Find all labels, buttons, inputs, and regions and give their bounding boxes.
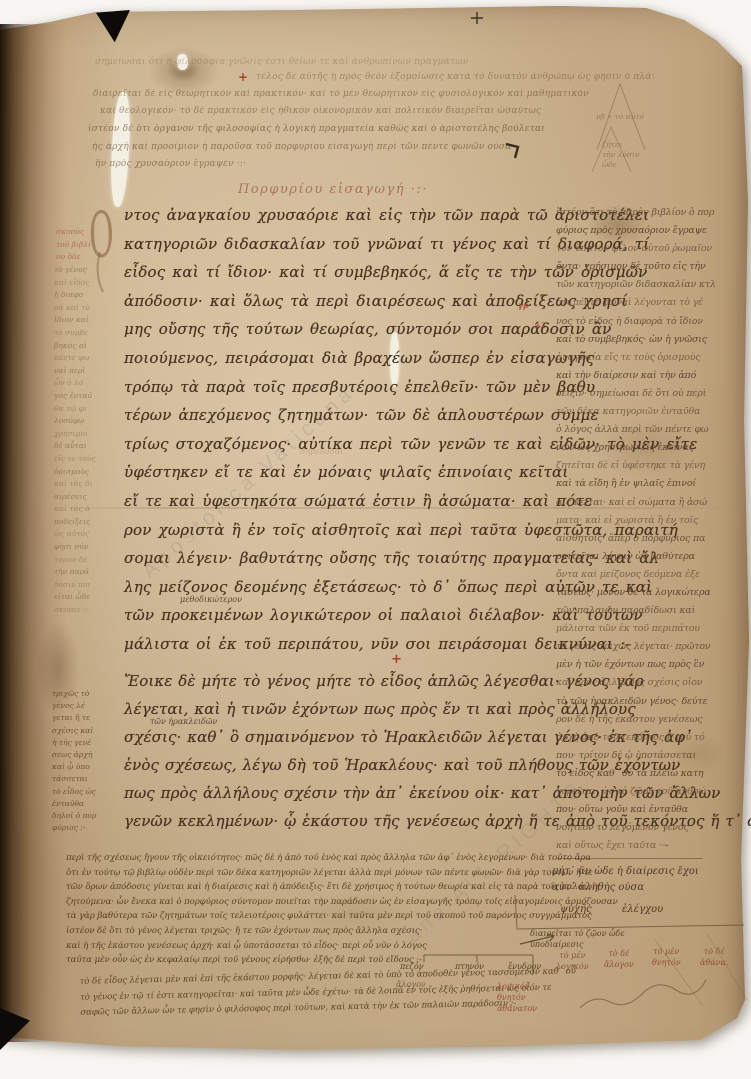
division-tree-extra-word: ἄλογον — [396, 980, 426, 989]
top-scholium-line: ἣν πρὸς χρυσαόριον ἔγραψεν ·:· — [95, 159, 337, 169]
note-line: ὧδε — [602, 160, 640, 170]
margin-gloss-line: χρήσιμοι — [54, 428, 112, 441]
scholium-line: μάλιστα τῶν ἐκ τοῦ περιπάτου — [556, 623, 744, 641]
main-text-line: γενῶν κεκλημένων· ᾧ ἑκάστου τῆς γενέσεως… — [124, 812, 584, 840]
margin-gloss-line: δὲ αὗται — [54, 440, 112, 453]
margin-gloss-line: φησι σύν — [54, 541, 112, 554]
scholium-line: ὄντα καὶ μείζονος δεόμενα ἐξε — [556, 569, 744, 587]
scholium-line: ἀρχὴ ἀπὸ τοῦ τεκόντος ἢ τοῦ τό — [556, 732, 744, 750]
scholium-line: που· τρίτον δὲ ᾧ ὑποτάσσεται — [556, 750, 744, 768]
scholium-line: ὅτι πέντε φωναὶ λέγονται τὸ γέ — [556, 297, 744, 315]
bottom-scholium-line: ἰστέον δὲ ὅτι τὸ γένος λέγεται τριχῶς· ἥ… — [66, 924, 516, 939]
margin-note-line: τάσσεται — [52, 773, 114, 785]
margin-gloss-line: τομον δὲ — [54, 554, 112, 567]
margin-note-line: γεται ἥ τε — [52, 712, 114, 724]
scholium-line: ὄντα· χρήσιμον δὲ τοῦτο εἰς τὴν — [556, 261, 744, 279]
margin-gloss-line: αιρέσεις — [54, 491, 112, 504]
rubric-cross-icon: + — [391, 652, 402, 667]
scholium-line: καὶ τὴν διαίρεσιν καὶ τὴν ἀπό — [556, 370, 744, 388]
margin-note-line: ἐνταῦθα — [52, 798, 114, 810]
chapter-heading: Πορφυρίου εἰσαγωγή ·:· — [238, 182, 418, 197]
main-text-line: τρίως στοχαζόμενος· αὐτίκα περὶ τῶν γενῶ… — [124, 435, 576, 464]
interlinear-gloss: τῶν ἡρακλειδῶν — [150, 717, 217, 726]
division-tree-label: πτηνόν — [455, 962, 484, 971]
scholium-line: αἰσθητοῖς· ἅπερ ὁ πορφύριος πα — [556, 533, 744, 551]
margin-gloss-line: ὧν ὁ λό — [54, 377, 112, 390]
margin-gloss-line: λοσόφῳ — [54, 415, 112, 428]
scholium-line: καὶ τὰ εἴδη ἢ ἐν ψιλαῖς ἐπινοί — [556, 478, 744, 496]
main-text-line: σομαι λέγειν· βαθυτάτης οὔσης τῆς τοιαύτ… — [124, 549, 576, 578]
bottom-scholium-line: ζητούμενα· ὧν ἕνεκα καὶ ὁ πορφύριος σύντ… — [66, 895, 744, 910]
term-pair: τὸ μέν λογικόν — [556, 950, 589, 972]
margin-gloss-line: σκοπὸς — [56, 226, 112, 239]
margin-gloss-line: ὁρισμοὺς — [54, 466, 112, 479]
scholium-line: τῶν παλαιῶν παραδίδωσι καὶ — [556, 605, 744, 623]
main-text-line: πως πρὸς ἀλλήλους σχέσιν τὴν ἀπ᾽ ἐκείνου… — [124, 784, 584, 812]
scholium-line: καὶ τὸ συμβεβηκός· ὧν ἡ γνῶσις — [556, 334, 744, 352]
left-margin-red-gloss: σκοπὸςτοῦ βιβλίου ὅδε — [56, 226, 112, 264]
term: τὸ μέν — [652, 946, 681, 957]
margin-gloss-line: τὸ γένος — [54, 264, 112, 277]
bottom-scholium-line: περὶ τῆς σχέσεως ἤγουν τῆς οἰκειότητος· … — [66, 851, 744, 866]
margin-gloss-line: βηκὸς αἱ — [54, 340, 112, 353]
margin-note-line: σεως ἀρχὴ — [52, 749, 114, 761]
manuscript-scan: Apostolica Vaticana ana ALL RIGHTS σημεί… — [0, 0, 751, 1079]
bottom-scholium-line: ὅτι ἐν τούτῳ τῷ βιβλίῳ οὐδὲν περὶ τῶν δέ… — [66, 866, 744, 881]
main-text-line: κατηγοριῶν διδασκαλίαν τοῦ γνῶναί τι γέν… — [124, 235, 576, 264]
note-line: διαιρεῖται τὸ ζῷον ὧδε — [530, 928, 690, 939]
scholium-line: καὶ πρὸς ἀλλήλους σχέσις οἷον — [556, 677, 744, 695]
division-tree-label: πεζόν — [400, 962, 424, 971]
main-text-line: τῶν προκειμένων λογικώτερον οἱ παλαιοὶ δ… — [124, 606, 576, 635]
margin-gloss-line: πέντε φω — [54, 352, 112, 365]
scholium-line: ραιτεῖται λέγειν ὡς βαθύτερα — [556, 551, 744, 569]
margin-gloss-line: τὴν παρά — [54, 566, 112, 579]
main-text-line: ἀπόδοσιν· καὶ ὅλως τὰ περὶ διαιρέσεως κα… — [124, 292, 576, 321]
left-margin-gloss-column: τὸ γένοςκαὶ εἶδοςἡ διαφορὰ καὶ τὸἴδιον κ… — [54, 264, 112, 617]
main-text-line: τέρων ἀπεχόμενος ζητημάτων· τῶν δὲ ἁπλου… — [124, 406, 576, 435]
scholium-line: νῶν ὡς χρησίμων εἰς ἐκείνας — [556, 442, 744, 460]
margin-gloss-line: ἴδιον καὶ — [54, 314, 112, 327]
interlinear-gloss: μεθοδικώτερον — [180, 595, 242, 604]
scholium-line: ἰστέον ὅτι τὸ παρὸν βιβλίον ὁ πορ — [556, 207, 744, 225]
margin-correction-mark: γρ — [518, 300, 529, 310]
term: ἄλογον — [604, 959, 634, 970]
margin-note-line: γένος λέ — [52, 700, 114, 712]
term: τὸ μέν — [556, 950, 589, 961]
note-line: τὴν λύσιν — [602, 150, 640, 160]
scholium-line: ζητεῖται δὲ εἰ ὑφέστηκε τὰ γένη — [556, 460, 744, 478]
top-scholium-line: σημείωσαι ὅτι ἡ φιλοσοφία γνῶσίς ἐστι θε… — [95, 57, 555, 67]
top-scholium-line: διαιρεῖται δὲ εἰς θεωρητικὸν καὶ πρακτικ… — [93, 89, 655, 99]
top-scholium-line: ἰστέον δὲ ὅτι ὄργανον τῆς φιλοσοφίας ἡ λ… — [88, 124, 650, 134]
margin-note-line: τὸ εἶδος ὡς — [52, 786, 114, 798]
rubric-cross-icon: + — [238, 70, 248, 84]
main-text-line: ρον χωριστὰ ἢ ἐν τοῖς αἰσθητοῖς καὶ περὶ… — [124, 521, 576, 550]
bottom-scholium-line: τὰ γὰρ βαθύτερα τῶν ζητημάτων τοῖς τελει… — [66, 909, 744, 924]
left-margin-note-cluster: τριχῶς τὸγένος λέγεται ἥ τεσχέσις καὶἡ τ… — [52, 688, 114, 834]
margin-correction-mark: λλ — [535, 320, 546, 330]
bottom-scholia-block-2: ἰστέον δὲ ὅτι τὸ γένος λέγεται τριχῶς· ἥ… — [66, 924, 516, 968]
margin-gloss-line: τὸ συμβε — [54, 327, 112, 340]
main-text-line: ὑφέστηκεν εἴ τε καὶ ἐν μόναις ψιλαῖς ἐπι… — [124, 463, 576, 492]
note-line: ζήτει — [602, 140, 640, 150]
scholium-line: τάσεως· μόνον δὲ τὰ λογικώτερα — [556, 587, 744, 605]
scholium-line: ἀναγκαία εἴς τε τοὺς ὁρισμοὺς — [556, 352, 744, 370]
margin-note-line: σχέσις καὶ — [52, 725, 114, 737]
scholium-line: ὁ λόγος ἀλλὰ περὶ τῶν πέντε φω — [556, 424, 744, 442]
faint-red-gloss: σημείωσαι — [300, 447, 343, 456]
margin-gloss-line: τοῦ βιβλί — [56, 239, 112, 252]
scholium-line: τὸ γένος τριχῶς λέγεται· πρῶτον — [556, 641, 744, 659]
margin-gloss-line: καὶ τὰς ἀ — [54, 503, 112, 516]
top-scholium-line: τέλος δὲ αὐτῆς ἡ πρὸς θεὸν ἐξομοίωσις κα… — [256, 72, 654, 82]
margin-gloss-line: ποδείξεις — [54, 516, 112, 529]
margin-gloss-line: εῖται ὧδε — [54, 591, 112, 604]
scholium-line: δειξιν· σημείωσαι δὲ ὅτι οὐ περὶ — [556, 388, 744, 406]
margin-note-line: φύριος :- — [52, 822, 114, 834]
main-text-line: ποιούμενος, πειράσομαι διὰ βραχέων ὥσπερ… — [124, 349, 576, 378]
top-scholium-line: καὶ θεολογικόν· τὸ δὲ πρακτικὸν εἰς ἠθικ… — [100, 106, 648, 116]
margin-gloss-line: θα τῷ φι — [54, 403, 112, 416]
scholium-line: φύριος πρὸς χρυσαόριον ἔγραψε — [556, 225, 744, 243]
main-text-paragraph-2: Ἔοικε δὲ μήτε τὸ γένος μήτε τὸ εἶδος ἁπλ… — [124, 672, 584, 840]
scholium-line: ρον δὲ ἡ τῆς ἑκάστου γενέσεως — [556, 714, 744, 732]
main-text-line: Ἔοικε δὲ μήτε τὸ γένος μήτε τὸ εἶδος ἁπλ… — [124, 672, 584, 700]
margin-gloss-line: καὶ τὰς δι — [54, 478, 112, 491]
scholium-line: μὲν ἡ τῶν ἐχόντων πως πρὸς ἓν — [556, 659, 744, 677]
term: λογικόν — [556, 961, 589, 972]
term-pair: τὸ μέν θνητόν — [652, 946, 681, 968]
scholium-line: τῶν δέκα κατηγοριῶν ἐνταῦθα — [556, 406, 744, 424]
term: τὸ δέ — [604, 948, 634, 959]
margin-note-line: τριχῶς τὸ — [52, 688, 114, 700]
right-margin-commentary: ἰστέον ὅτι τὸ παρὸν βιβλίον ὁ πορφύριος … — [556, 207, 744, 859]
main-text-line: εἶδος καὶ τί ἴδιον· καὶ τί συμβεβηκός, ἅ… — [124, 263, 576, 292]
margin-gloss-line: σκόπει :- — [54, 604, 112, 617]
scholium-line: που· οὕτω γοῦν καὶ ἐνταῦθα — [556, 804, 744, 822]
term: ἀθάνα. — [700, 957, 728, 968]
bottom-scholium-line: καὶ ἡ τῆς ἑκάστου γενέσεως ἀρχή· καὶ ᾧ ὑ… — [66, 939, 516, 954]
scholium-line: νοητέον τὸ λεγόμενον γένος — [556, 822, 744, 840]
main-text-line: εἴ τε καὶ ὑφεστηκότα σώματά ἐστιν ἢ ἀσώμ… — [124, 492, 576, 521]
margin-gloss-line: γος ἐνταῦ — [54, 390, 112, 403]
scholium-line: αις κεῖται· καὶ εἰ σώματα ἢ ἀσώ — [556, 497, 744, 515]
margin-note-line: δηλοῖ ὁ πορ — [52, 810, 114, 822]
division-tree-red-terms: λογικόν θνητόν ἀθάνατον — [497, 981, 537, 1014]
bottom-scholia-block: περὶ τῆς σχέσεως ἤγουν τῆς οἰκειότητος· … — [66, 851, 744, 924]
main-text-line: μάλιστα οἱ ἐκ τοῦ περιπάτου, νῦν σοι πει… — [124, 635, 576, 664]
margin-gloss-line: καὶ εἶδος — [54, 277, 112, 290]
red-term: ἀθάνατον — [497, 1003, 537, 1014]
bottom-scholium-line: ταῦτα μὲν οὖν ὡς ἐν κεφαλαίῳ περὶ τοῦ γέ… — [66, 953, 516, 968]
top-right-note: ζήτει τὴν λύσιν ὧδε — [602, 140, 640, 170]
top-right-note: νβ ϟ τὸ αὐτό — [596, 112, 644, 122]
margin-gloss-line: δοσιν ποι — [54, 579, 112, 592]
margin-gloss-line: εἴς τε τοὺς — [54, 453, 112, 466]
margin-gloss-line: ρὰ καὶ τὸ — [54, 302, 112, 315]
scholium-line: τὸν ὕπατον φίλον αὐτοῦ ῥωμαῖον — [556, 243, 744, 261]
margin-note-line: καὶ ᾧ ὑπο — [52, 761, 114, 773]
main-text-line: ντος ἀναγκαίου χρυσαόριε καὶ εἰς τὴν τῶν… — [124, 206, 576, 235]
margin-gloss-line: ου ὅδε — [56, 251, 112, 264]
main-text-line: ἑνὸς σχέσεως, λέγω δὴ τοῦ Ἡρακλέους· καὶ… — [124, 756, 584, 784]
margin-gloss-line: ἡ διαφο — [54, 289, 112, 302]
division-tree-label: ἔνυδρον — [508, 962, 541, 971]
main-text-line: μης οὔσης τῆς τούτων θεωρίας, σύντομόν σ… — [124, 320, 576, 349]
term: τὸ δέ — [700, 946, 728, 957]
scholium-line: γορεῖται· ὡς τὸ ζῷον τοῦ ἀνθρώ — [556, 786, 744, 804]
red-term: λογικόν — [497, 981, 537, 992]
term: θνητόν — [652, 957, 681, 968]
main-text-line: τρόπῳ τὰ παρὰ τοῖς πρεσβυτέροις ἐπελθεῖν… — [124, 378, 576, 407]
scholium-line: ματα· καὶ εἰ χωριστὰ ἢ ἐν τοῖς — [556, 515, 744, 533]
term-pair: τὸ δέ ἄλογον — [604, 948, 634, 970]
scholium-line: τῶν κατηγοριῶν διδασκαλίαν κτλ — [556, 279, 744, 297]
scholium-line: τὸ εἶδος καθ᾽ οὗ τὰ πλείω κατη — [556, 768, 744, 786]
top-scholium-line: ἧς ἀρχὴ καὶ προοίμιον ἡ παροῦσα τοῦ πορφ… — [92, 142, 648, 152]
scholium-line: νος τὸ εἶδος ἡ διαφορὰ τὸ ἴδιον — [556, 316, 744, 334]
margin-gloss-line: ὡς αὐτός — [54, 528, 112, 541]
margin-gloss-line: ναὶ περὶ — [54, 365, 112, 378]
main-text-line: σχέσις· καθ᾽ ὃ σημαινόμενον τὸ Ἡρακλειδῶ… — [124, 728, 584, 756]
red-term: θνητόν — [497, 992, 537, 1003]
scholium-line: τὸ τῶν ἡρακλειδῶν γένος· δεύτε — [556, 696, 744, 714]
bottom-scholium-line: τῶν ὅρων ἀπόδοσις γίνεται καὶ ἡ διαίρεσι… — [66, 880, 744, 895]
term-pair: τὸ δέ ἀθάνα. — [700, 946, 728, 968]
margin-note-line: ἡ τῆς γενέ — [52, 737, 114, 749]
